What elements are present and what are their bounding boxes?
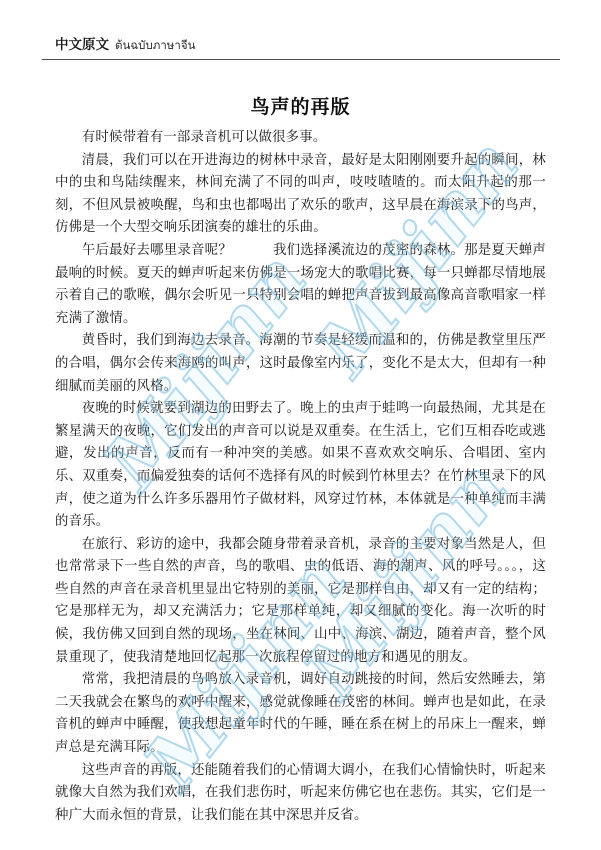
- paragraph: 清晨，我们可以在开进海边的树林中录音，最好是太阳刚刚要升起的瞬间，林中的虫和鸟陆…: [55, 149, 546, 239]
- paragraph: 午后最好去哪里录音呢？ 我们选择溪流边的茂密的森林。那是夏天蝉声最响的时候。夏天…: [55, 239, 546, 329]
- paragraph: 夜晚的时候就要到湖边的田野去了。晚上的虫声于蛙鸣一向最热闹，尤其是在繁星满天的夜…: [55, 397, 546, 533]
- document-header: 中文原文ต้นฉบับภาษาจีน: [55, 33, 195, 55]
- paragraph: 这些声音的再版，还能随着我们的心情调大调小，在我们心情愉快时，听起来就像大自然为…: [55, 759, 546, 827]
- document-body: 有时候带着有一部录音机可以做很多事。 清晨，我们可以在开进海边的树林中录音，最好…: [55, 126, 546, 826]
- document-page: 中文原文ต้นฉบับภาษาจีน 鸟声的再版 有时候带着有一部录音机可以做很…: [0, 0, 601, 850]
- paragraph: 常常，我把清晨的鸟鸣放入录音机，调好自动跳接的时间，然后安然睡去，第二天我就会在…: [55, 668, 546, 758]
- header-label-thai: ต้นฉบับภาษาจีน: [115, 40, 195, 52]
- paragraph: 黄昏时，我们到海边去录音。海潮的节奏是轻缓而温和的，仿佛是教堂里压严的合唱，偶尔…: [55, 329, 546, 397]
- header-label-chinese: 中文原文: [55, 37, 109, 52]
- header-divider: [42, 59, 560, 60]
- page-title: 鸟声的再版: [0, 92, 601, 119]
- paragraph: 有时候带着有一部录音机可以做很多事。: [55, 126, 546, 149]
- paragraph: 在旅行、彩访的途中，我都会随身带着录音机，录音的主要对象当然是人，但也常常录下一…: [55, 533, 546, 669]
